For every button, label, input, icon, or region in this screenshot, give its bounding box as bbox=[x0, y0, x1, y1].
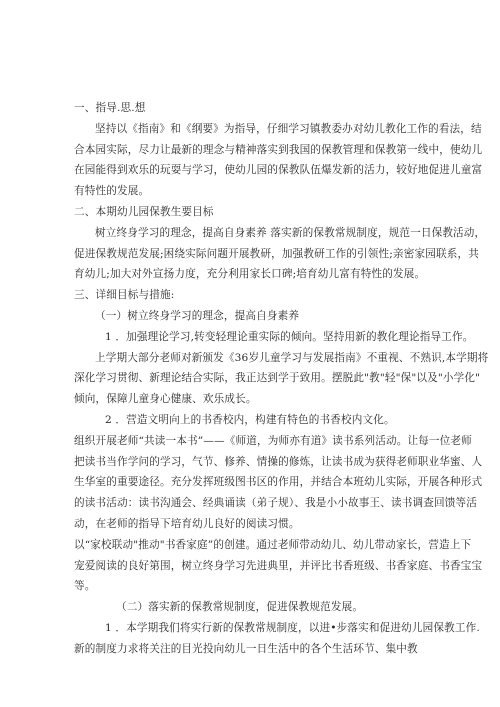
document-page: 一、指导.思.想 坚持以《指南》和《纲要》为指导，仔细学习镇教委办对幼儿教化工作… bbox=[74, 98, 428, 660]
paragraph-line: 把读书当作学问的学习，气节、修养、情操的修炼，让读书成为获得老师职业华蜜、人 bbox=[74, 452, 428, 473]
paragraph-line: 在园能得到欢乐的玩耍与学习，使幼儿园的保教队伍爆发新的活力，较好地促进儿童富 bbox=[74, 160, 428, 181]
paragraph-line: 合本园实际，尽力让最新的理念与精神落实到我国的保教管理和保教第一线中，使幼儿 bbox=[74, 140, 428, 161]
paragraph-line: 宠爱阅读的良好第围，树立终身学习先进典里，并评比书香班级、书香家庭、书香宝宝 bbox=[74, 556, 428, 577]
paragraph-line: 上学期大部分老师对新颁发《36岁儿童学习与发展指南》不重视、不熟识,本学期将 bbox=[74, 348, 428, 369]
paragraph-line: 树立终身学习的理念，提高自身素养 落实新的保教常规制度，规范一日保教活动， bbox=[74, 223, 428, 244]
item-title-theory-study: 1 ．加强理论学习,转变轻理论重实际的倾向。坚持用新的教化理论指导工作。 bbox=[74, 327, 428, 348]
paragraph-line: 倾向，保障儿童身心健康、欢乐成长。 bbox=[74, 389, 428, 410]
paragraph-line: 的读书活动：读书沟通会、经典诵读（弟子规）、我是小小故事王、读书调查回馈等活 bbox=[74, 493, 428, 514]
item-title-book-campus: 2 ．营造文明向上的书香校内，构建有特色的书香校内文化。 bbox=[74, 410, 428, 431]
paragraph-line: 促进保教规范发展;困绕实际问题开展教研，加强教研工作的引领性;亲密家园联系，共 bbox=[74, 244, 428, 265]
paragraph-line: 有特性的发展。 bbox=[74, 181, 428, 202]
paragraph-line: 以“家校联动"推动"书香家庭”的创建。通过老师带动幼儿、幼儿带动家长，营造上下 bbox=[74, 535, 428, 556]
paragraph-line: 等。 bbox=[74, 576, 428, 597]
paragraph-line: 育幼儿;加大对外宣扬力度，充分利用家长口碑;培育幼儿富有特性的发展。 bbox=[74, 264, 428, 285]
paragraph-line: 生华室的重要途径。充分发挥班级图书区的作用，并结合本班幼儿实际，开展各种形式 bbox=[74, 472, 428, 493]
paragraph-line: 坚持以《指南》和《纲要》为指导，仔细学习镇教委办对幼儿教化工作的看法，结 bbox=[74, 119, 428, 140]
paragraph-line: 组织开展老师“共读一本书”——《师道，为师亦有道》读书系列活动。让每一位老师 bbox=[74, 431, 428, 452]
section-heading-main-goals: 二、本期幼儿园保教生要目标 bbox=[74, 202, 428, 223]
item-title-new-regulations: 1 ．本学期我们将实行新的保教常规制度，以进•步落实和促进幼儿园保教工作. bbox=[74, 618, 428, 639]
section-heading-guiding-ideology: 一、指导.思.想 bbox=[74, 98, 428, 119]
subsection-title-lifelong-learning: （一）树立终身学习的理念，提高自身素养 bbox=[74, 306, 428, 327]
paragraph-line: 新的制度力求将关注的目光投向幼儿一日生活中的各个生活环节、集中教 bbox=[74, 639, 428, 660]
subsection-title-care-regulations: （二）落实新的保教常规制度，促进保教规范发展。 bbox=[74, 597, 428, 618]
paragraph-line: 深化学习贯彻、新理论结合实际，我正达到学于致用。摆脱此"教"轻"保"以及"小学化… bbox=[74, 368, 428, 389]
paragraph-line: 动，在老师的指导下培育幼儿良好的阅读习惯。 bbox=[74, 514, 428, 535]
section-heading-detailed-measures: 三、详细目标与措施: bbox=[74, 285, 428, 306]
